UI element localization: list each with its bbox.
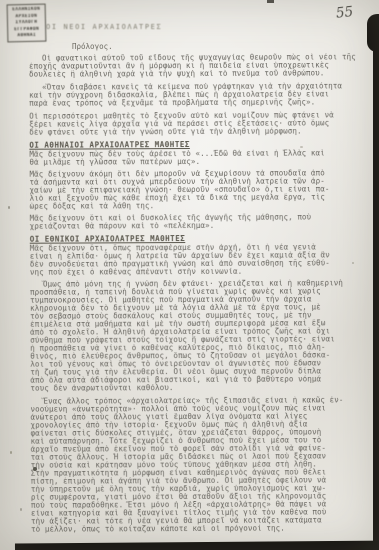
text-line: ἀπὸ ὅλα αὐτὰ ἀδιάφοροι καὶ βιαστικοί, κα…	[30, 375, 360, 384]
text-line: τους δὲν ἀναρωτιοῦνται καθόλου.	[30, 383, 360, 392]
text-line: νης ποὺ ἔχει ὁ καθένας ἀπέναντι στὴν κοι…	[30, 267, 360, 276]
text-line: ὧρες δόξας καὶ τὰ λάθη της.	[30, 201, 360, 210]
stamp-line: ΣΥΛΛΟΓΗ	[9, 20, 44, 26]
paper-speck	[20, 508, 22, 511]
scan-edge-tick	[267, 0, 274, 3]
text-line: ΟΙ ΑΘΗΝΑΙΟΙ ΑΡΧΑΙΟΛΑΤΡΕΣ ΜΑΘΗΤΕΣ	[29, 140, 359, 149]
paper-speck	[10, 451, 12, 454]
paper-speck	[8, 206, 10, 209]
page-number: 55	[335, 4, 354, 22]
section-heading: ΟΙ ΑΘΗΝΑΙΟΙ ΑΡΧΑΙΟΛΑΤΡΕΣ ΜΑΘΗΤΕΣ	[29, 140, 359, 149]
stamp-line: ΕΓΓΡΑΦΩΝ	[9, 26, 44, 32]
scan-edge-bottom	[15, 541, 379, 550]
paper-speck	[300, 146, 303, 148]
paragraph: Οἱ περισσότεροι μαθητὲς τὸ ξεχνοῦν αὐτὸ …	[29, 111, 359, 136]
paragraph: Μᾶς δείχνουν ὅτι, ὅπως προαναφέραμε στὴν…	[30, 243, 360, 276]
stamp-line: ΑΡΧΕΙΟΝ	[9, 13, 44, 19]
text-line: λιὸ καὶ ξεχνοῦν πὼς κάθε ἐποχὴ ἔχει τὰ δ…	[30, 193, 360, 202]
prologue-heading: Πρόλογος.	[72, 42, 113, 51]
document-title: ΟΙ ΝΕΟΙ ΑΡΧΑΙΟΛΑΤΡΕΣ	[46, 23, 162, 31]
paragraph: Ἕνας ἄλλος τρόπος «ἀρχαιολατρείας» τῆς ξ…	[30, 396, 361, 533]
text-line: τὸ μέλλον, ὅπως τὸ κοίταζαν κάποτε καὶ ο…	[31, 524, 361, 533]
paragraph: Μᾶς δείχνουν ἀκόμη ὅτι δὲν μποροῦν νὰ ξε…	[29, 169, 359, 210]
paragraph: Οἱ φανατικοὶ αὐτοῦ τοῦ εἴδους τῆς ψυχαγω…	[29, 53, 359, 78]
text-line: ΟΙ ΕΘΝΙΚΟΙ ΑΡΧΑΙΟΛΑΤΡΕΣ ΜΑΘΗΤΕΣ	[30, 234, 360, 243]
ink-blot	[33, 467, 37, 471]
paragraph: Μᾶς δείχνουν πὼς δὲν τοὺς ἀρέσει τὸ «...…	[29, 149, 359, 166]
text-line: παρὰ ἕνας τρόπος νὰ ξεχνᾶμε τὰ προβλήματ…	[29, 98, 359, 107]
text-line: δουλειὲς ἢ ἀληθινὴ χαρὰ γιὰ τὴν ψυχὴ καὶ…	[29, 69, 359, 78]
paragraph: «Ὅταν διαβάσει κανεὶς τὰ κείμενα ποὺ γρά…	[29, 82, 359, 107]
stamp-line: ΑΘΗΝΑΙ	[9, 33, 44, 39]
text-line: δὲν φτάνει οὔτε γιὰ τὴν γνώση οὔτε γιὰ τ…	[29, 127, 359, 136]
section-heading: ΟΙ ΕΘΝΙΚΟΙ ΑΡΧΑΙΟΛΑΤΡΕΣ ΜΑΘΗΤΕΣ	[30, 234, 360, 243]
document-body: Οἱ φανατικοὶ αὐτοῦ τοῦ εἴδους τῆς ψυχαγω…	[29, 53, 361, 537]
paragraph: Ὅμως ἀπὸ μόνη της ἡ γνώση δὲν φτάνει· χρ…	[30, 279, 360, 392]
text-line: χρειάζονται θὰ πάρουν καὶ τὸ «πελέκημα».	[30, 221, 360, 230]
paragraph: Μᾶς δείχνουν ὅτι καὶ οἱ δυσκολίες τῆς ἀγ…	[30, 213, 360, 230]
stamp-line: ΕΛΛΗΝΙΚΟΝ	[9, 7, 44, 13]
paper-speck	[62, 332, 64, 334]
scanned-page: ΕΛΛΗΝΙΚΟΝΑΡΧΕΙΟΝΣΥΛΛΟΓΗΕΓΓΡΑΦΩΝΑΘΗΝΑΙ 55…	[0, 0, 379, 550]
scan-edge-right	[373, 28, 379, 550]
archive-stamp: ΕΛΛΗΝΙΚΟΝΑΡΧΕΙΟΝΣΥΛΛΟΓΗΕΓΓΡΑΦΩΝΑΘΗΝΑΙ	[7, 4, 47, 43]
paper-speck	[352, 262, 354, 264]
text-line: θὰ μιλᾶμε τὴ γλῶσσα τῶν πατέρων μας».	[29, 157, 359, 166]
